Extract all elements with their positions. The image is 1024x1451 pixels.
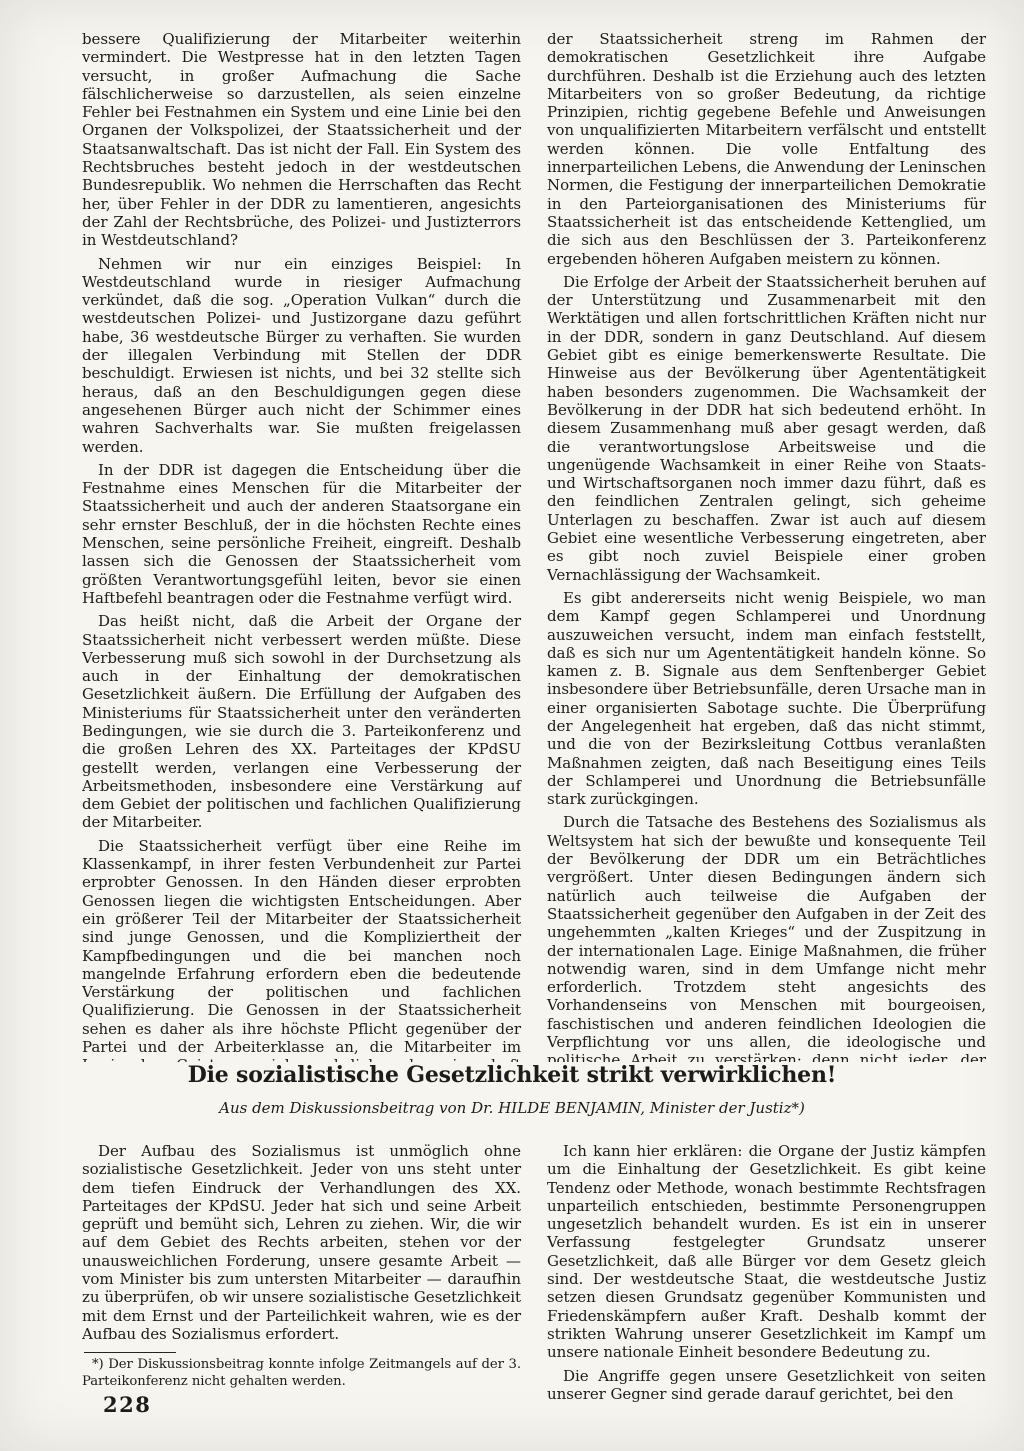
paragraph: Der Aufbau des Sozialismus ist unmöglich… — [82, 1142, 521, 1343]
paragraph: Nehmen wir nur ein einziges Beispiel: In… — [82, 255, 521, 456]
continued-article-left-column: bessere Qualifizierung der Mitarbeiter w… — [82, 30, 521, 1062]
paragraph: bessere Qualifizierung der Mitarbeiter w… — [82, 30, 521, 250]
paragraph: Es gibt andererseits nicht wenig Beispie… — [547, 589, 986, 809]
continued-article-right-column: der Staatssicherheit streng im Rahmen de… — [547, 30, 986, 1062]
article-header: Die sozialistische Gesetzlichkeit strikt… — [0, 1062, 1024, 1117]
benjamin-article-left-column: Der Aufbau des Sozialismus ist unmöglich… — [82, 1142, 521, 1430]
continued-article-columns: bessere Qualifizierung der Mitarbeiter w… — [82, 30, 986, 1062]
paragraph: Die Erfolge der Arbeit der Staatssicherh… — [547, 273, 986, 584]
paragraph: Ich kann hier erklären: die Organe der J… — [547, 1142, 986, 1362]
article-byline: Aus dem Diskussionsbeitrag von Dr. HILDE… — [0, 1099, 1024, 1117]
footnote-divider — [84, 1352, 176, 1353]
footnote: *) Der Diskussionsbeitrag konnte infolge… — [82, 1357, 521, 1390]
paragraph: Die Angriffe gegen unsere Gesetzlichkeit… — [547, 1367, 986, 1404]
scanned-journal-page: bessere Qualifizierung der Mitarbeiter w… — [0, 0, 1024, 1451]
paragraph: In der DDR ist dagegen die Entscheidung … — [82, 461, 521, 607]
paragraph: der Staatssicherheit streng im Rahmen de… — [547, 30, 986, 268]
page-number: 228 — [103, 1392, 151, 1417]
benjamin-article-columns: Der Aufbau des Sozialismus ist unmöglich… — [82, 1142, 986, 1430]
footnote-block: *) Der Diskussionsbeitrag konnte infolge… — [82, 1352, 521, 1390]
paragraph: Das heißt nicht, daß die Arbeit der Orga… — [82, 612, 521, 832]
article-title: Die sozialistische Gesetzlichkeit strikt… — [0, 1062, 1024, 1088]
paragraph: Durch die Tatsache des Bestehens des Soz… — [547, 813, 986, 1062]
paragraph: Die Staatssicherheit verfügt über eine R… — [82, 837, 521, 1062]
benjamin-article-right-column: Ich kann hier erklären: die Organe der J… — [547, 1142, 986, 1430]
